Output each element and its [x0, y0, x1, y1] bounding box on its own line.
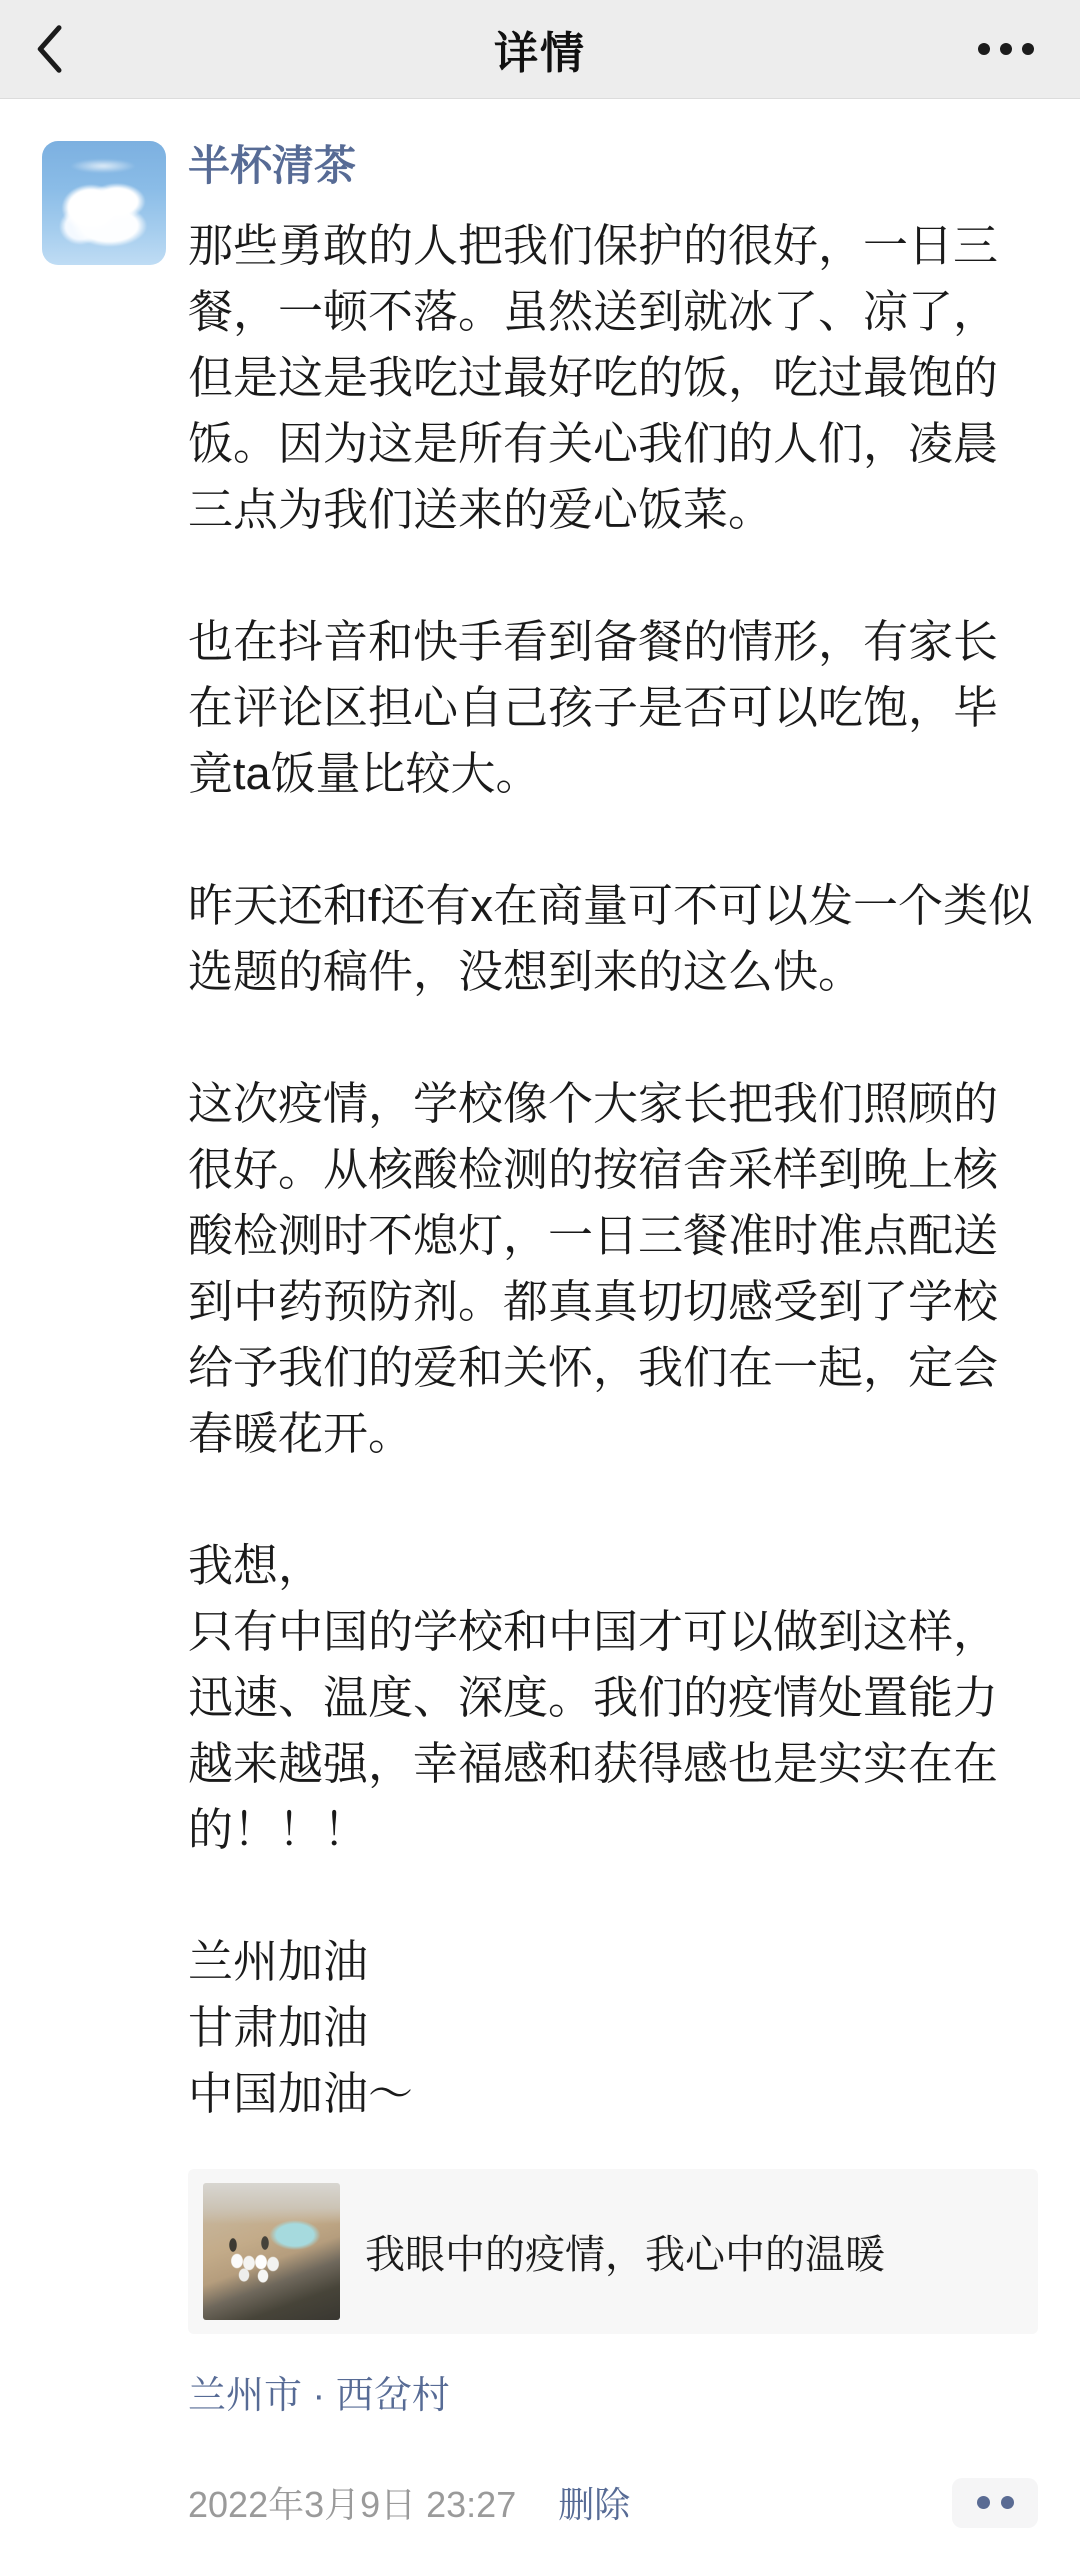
dot-icon	[977, 2496, 990, 2509]
page-title: 详情	[494, 17, 586, 81]
post-paragraph: 也在抖音和快手看到备餐的情形，有家长在评论区担心自己孩子是否可以吃饱，毕竟ta饭…	[188, 609, 1038, 807]
back-button[interactable]	[0, 0, 90, 98]
delete-button[interactable]: 删除	[558, 2477, 630, 2528]
chevron-left-icon	[34, 24, 64, 74]
like-comment-button[interactable]	[952, 2478, 1038, 2528]
meta-row: 2022年3月9日 23:27 删除	[188, 2477, 1038, 2528]
article-title: 我眼中的疫情，我心中的温暖	[365, 2223, 885, 2280]
post-text: 那些勇敢的人把我们保护的很好，一日三餐，一顿不落。虽然送到就冰了、凉了，但是这是…	[188, 213, 1038, 2127]
nav-bar: 详情	[0, 0, 1080, 99]
author-name[interactable]: 半杯清茶	[188, 143, 1038, 189]
avatar[interactable]	[42, 141, 166, 265]
moment-post: 半杯清茶 那些勇敢的人把我们保护的很好，一日三餐，一顿不落。虽然送到就冰了、凉了…	[0, 99, 1080, 2528]
post-paragraph: 兰州加油 甘肃加油 中国加油～	[188, 1929, 1038, 2127]
timestamp: 2022年3月9日 23:27	[188, 2477, 516, 2528]
location-link[interactable]: 兰州市 · 西岔村	[188, 2364, 1038, 2419]
ellipsis-dot	[1000, 43, 1012, 55]
post-paragraph: 我想， 只有中国的学校和中国才可以做到这样，迅速、温度、深度。我们的疫情处置能力…	[188, 1533, 1038, 1863]
ellipsis-dot	[978, 43, 990, 55]
article-thumbnail	[203, 2183, 340, 2320]
ellipsis-dot	[1022, 43, 1034, 55]
post-body: 半杯清茶 那些勇敢的人把我们保护的很好，一日三餐，一顿不落。虽然送到就冰了、凉了…	[188, 141, 1038, 2528]
more-options-button[interactable]	[978, 0, 1080, 98]
post-paragraph: 昨天还和f还有x在商量可不可以发一个类似选题的稿件，没想到来的这么快。	[188, 873, 1038, 1005]
post-paragraph: 这次疫情，学校像个大家长把我们照顾的很好。从核酸检测的按宿舍采样到晚上核酸检测时…	[188, 1071, 1038, 1467]
post-paragraph: 那些勇敢的人把我们保护的很好，一日三餐，一顿不落。虽然送到就冰了、凉了，但是这是…	[188, 213, 1038, 543]
dot-icon	[1001, 2496, 1014, 2509]
shared-article-card[interactable]: 我眼中的疫情，我心中的温暖	[188, 2169, 1038, 2334]
